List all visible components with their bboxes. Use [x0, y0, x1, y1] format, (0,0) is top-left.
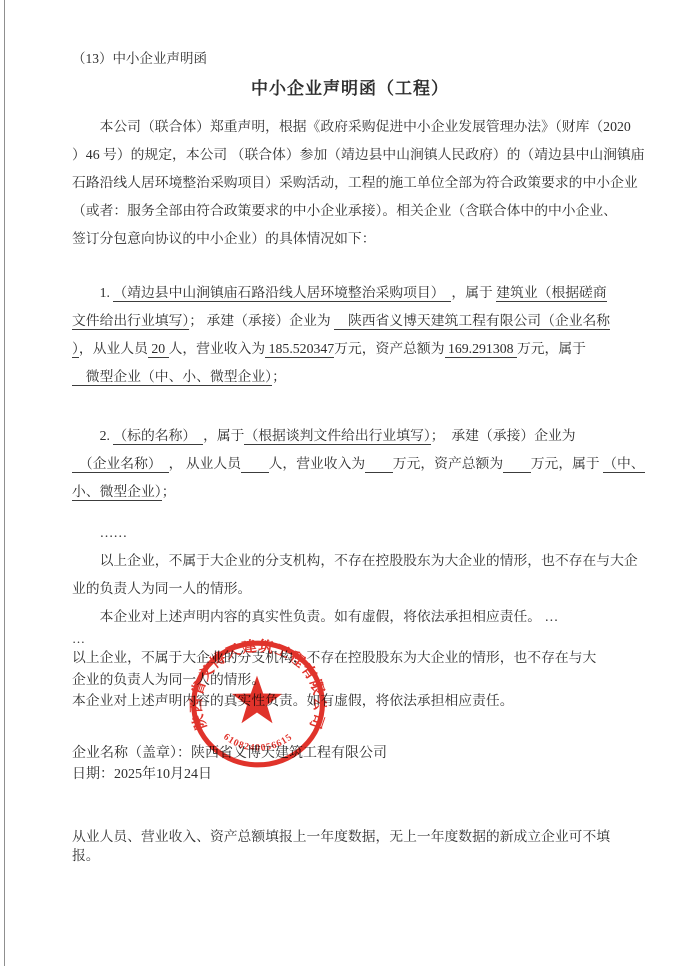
- footnote: 从业人员、营业收入、资产总额填报上一年度数据，无上一年度数据的新成立企业可不填报…: [72, 827, 628, 865]
- item-1-paragraph: 1. （靖边县中山涧镇庙石路沿线人居环境整治采购项目） ，属于 建筑业（根据磋商…: [72, 279, 628, 391]
- text-line: 1. （靖边县中山涧镇庙石路沿线人居环境整治采购项目） ，属于 建筑业（根据磋商: [72, 279, 628, 307]
- text-line: 小、微型企业）；: [72, 478, 628, 506]
- text-line: （企业名称） ， 从业人员 人，营业收入为 万元，资产总额为 万元，属于 （中、: [72, 450, 628, 478]
- text-line: 企业的负责人为同一人的情形。: [72, 669, 628, 691]
- company-seal: 陕西省义博天建筑工程有限公司 6108240056615: [186, 636, 330, 772]
- text-line: 签订分包意向协议的中小企业）的具体情况如下：: [72, 225, 628, 253]
- text-line: 业的负责人为同一人的情形。: [72, 575, 628, 603]
- text-line: 以上企业，不属于大企业的分支机构，不存在控股股东为大企业的情形，也不存在与大: [72, 647, 628, 669]
- seal-number-text: 6108240056615: [221, 731, 295, 753]
- text-line: 本企业对上述声明内容的真实性负责。如有虚假，将依法承担相应责任。: [72, 690, 628, 712]
- declaration-paragraph: 以上企业，不属于大企业的分支机构，不存在控股股东为大企业的情形，也不存在与大企业…: [72, 547, 628, 603]
- text-line: 2. （标的名称） ，属于（根据谈判文件给出行业填写）； 承建（承接）企业为: [72, 422, 628, 450]
- text-line: ），从业人员 20 人，营业收入为 185.520347万元，资产总额为 169…: [72, 335, 628, 363]
- text-line: 以上企业，不属于大企业的分支机构，不存在控股股东为大企业的情形，也不存在与大企: [72, 547, 628, 575]
- intro-paragraph: 本公司（联合体）郑重声明，根据《政府采购促进中小企业发展管理办法》（财库（202…: [72, 113, 628, 253]
- item-2-paragraph: 2. （标的名称） ，属于（根据谈判文件给出行业填写）； 承建（承接）企业为 （…: [72, 422, 628, 506]
- signature-company: 企业名称（盖章）：陕西省义博天建筑工程有限公司: [72, 743, 628, 764]
- text-line: 石路沿线人居环境整治采购项目）采购活动，工程的施工单位全部为符合政策要求的中小企…: [72, 169, 628, 197]
- text-line: （或者：服务全部由符合政策要求的中小企业承接）。相关企业（含联合体中的中小企业、: [72, 197, 628, 225]
- signature-block: 企业名称（盖章）：陕西省义博天建筑工程有限公司 日期：2025年10月24日: [72, 743, 628, 785]
- document-content: （13）中小企业声明函 中小企业声明函（工程） 本公司（联合体）郑重声明，根据《…: [72, 0, 628, 865]
- text-line: 微型企业（中、小、微型企业）；: [72, 363, 628, 391]
- responsibility-line: 本企业对上述声明内容的真实性负责。如有虚假，将依法承担相应责任。 …: [72, 603, 628, 631]
- declaration-paragraph-repeat: 以上企业，不属于大企业的分支机构，不存在控股股东为大企业的情形，也不存在与大企业…: [72, 647, 628, 712]
- small-ellipsis: …: [72, 631, 628, 646]
- text-line: 文件给出行业填写）； 承建（承接）企业为 陕西省义博天建筑工程有限公司（企业名称: [72, 307, 628, 335]
- page-title: 中小企业声明函（工程）: [72, 78, 628, 100]
- text-line: 本公司（联合体）郑重声明，根据《政府采购促进中小企业发展管理办法》（财库（202…: [72, 113, 628, 141]
- ellipsis-line: ……: [72, 519, 628, 547]
- doc-label: （13）中小企业声明函: [72, 50, 628, 68]
- document-page: （13）中小企业声明函 中小企业声明函（工程） 本公司（联合体）郑重声明，根据《…: [0, 0, 696, 966]
- text-line: ）46 号）的规定，本公司 （联合体）参加（靖边县中山涧镇人民政府）的（靖边县中…: [72, 141, 628, 169]
- scan-edge-line: [4, 0, 5, 966]
- signature-date: 日期：2025年10月24日: [72, 764, 628, 785]
- seal-star-icon: [232, 676, 282, 724]
